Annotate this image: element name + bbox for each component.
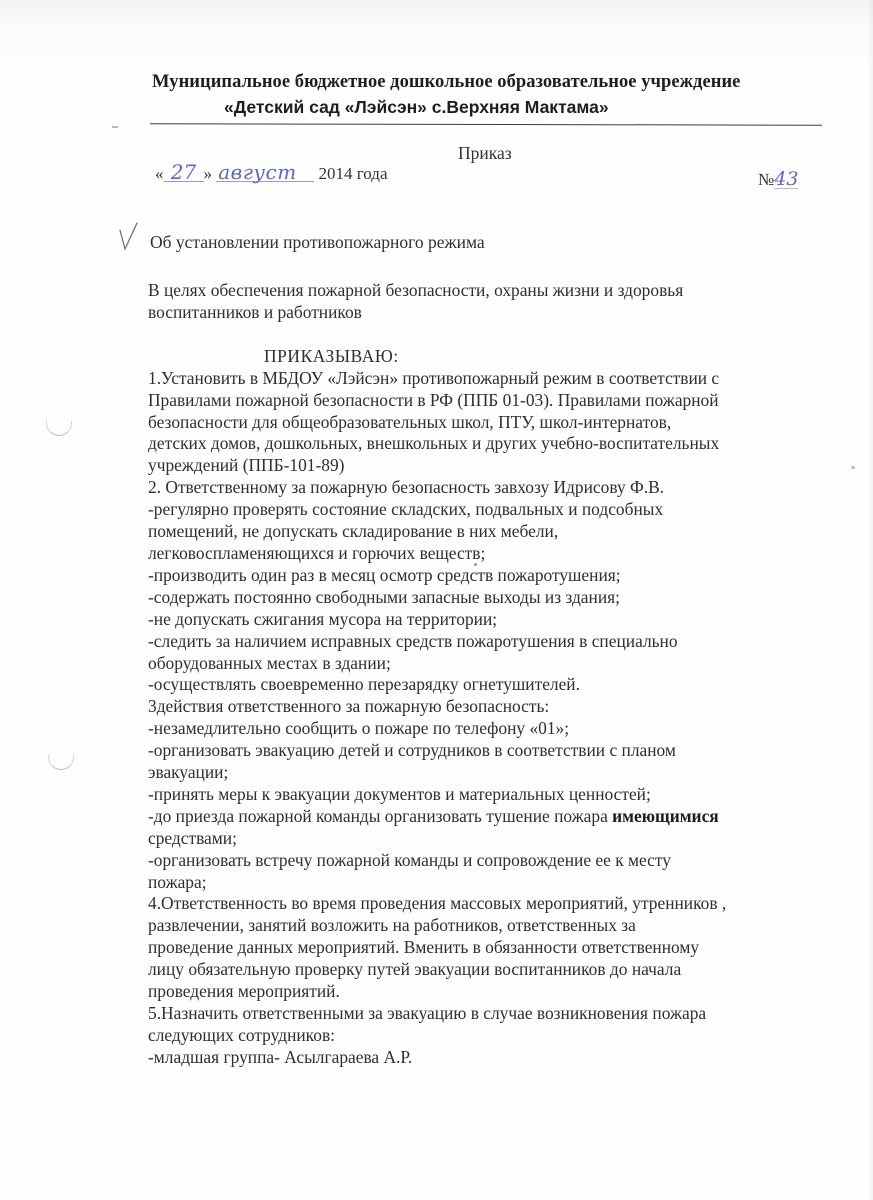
date-year: 2014 года	[319, 164, 388, 183]
text-line: В целях обеспечения пожарной безопасност…	[148, 280, 838, 302]
purpose-statement: В целях обеспечения пожарной безопасност…	[148, 280, 838, 324]
scan-edge-shadow	[867, 0, 873, 1200]
checkmark-icon	[118, 222, 140, 252]
order-title: Приказ	[458, 143, 512, 164]
paragraph-2: 2. Ответственному за пожарную безопаснос…	[148, 477, 838, 696]
date-close-quote: »	[204, 164, 213, 183]
paragraph-3: 3действия ответственного за пожарную без…	[148, 696, 838, 893]
text-line: детских домов, дошкольных, внешкольных и…	[148, 433, 838, 455]
list-item: -до приезда пожарной команды организоват…	[148, 806, 838, 828]
text-line: проведения мероприятий.	[148, 981, 838, 1003]
institution-name-line1: Муниципальное бюджетное дошкольное образ…	[152, 72, 740, 93]
text-line: проведение данных мероприятий. Вменить в…	[148, 937, 838, 959]
list-item: -организовать встречу пожарной команды и…	[148, 850, 838, 872]
paragraph-heading: 3действия ответственного за пожарную без…	[148, 696, 838, 718]
text-line: 4.Ответственность во время проведения ма…	[148, 893, 838, 915]
text-line: воспитанников и работников	[148, 302, 838, 324]
institution-name-line2: «Детский сад «Лэйсэн» с.Верхняя Мактама»	[224, 97, 609, 118]
order-number: №43	[758, 170, 798, 190]
list-item: -производить один раз в месяц осмотр сре…	[148, 565, 838, 587]
handwritten-day: 27	[164, 163, 204, 182]
handwritten-month: август	[216, 163, 314, 182]
list-item: эвакуации;	[148, 762, 838, 784]
text-line: развлечении, занятий возложить на работн…	[148, 915, 838, 937]
text-line: Правилами пожарной безопасности в РФ (ПП…	[148, 390, 838, 412]
header-divider	[150, 123, 822, 125]
list-item: -следить за наличием исправных средств п…	[148, 631, 838, 653]
paragraph-heading: 2. Ответственному за пожарную безопаснос…	[148, 477, 838, 499]
list-item: помещений, не допускать складирование в …	[148, 521, 838, 543]
emphasized-word: имеющимися	[612, 806, 719, 826]
scan-speck	[851, 466, 855, 469]
list-item: -содержать постоянно свободными запасные…	[148, 587, 838, 609]
paragraph-4: 4.Ответственность во время проведения ма…	[148, 893, 838, 1003]
order-subject: Об установлении противопожарного режима	[150, 232, 485, 253]
list-item: пожара;	[148, 872, 838, 894]
decree-heading: ПРИКАЗЫВАЮ:	[148, 346, 838, 368]
list-item: средствами;	[148, 828, 838, 850]
punch-hole-mark	[48, 755, 74, 770]
punch-hole-mark	[46, 421, 72, 436]
list-item: -незамедлительно сообщить о пожаре по те…	[148, 718, 838, 740]
paragraph-1: 1.Установить в МБДОУ «Лэйсэн» противопож…	[148, 368, 838, 478]
list-item: легковоспламеняющихся и горючих веществ;	[148, 543, 838, 565]
order-date: «27» август 2014 года	[155, 163, 388, 184]
text-line: 1.Установить в МБДОУ «Лэйсэн» противопож…	[148, 368, 838, 390]
text-line: безопасности для общеобразовательных шко…	[148, 412, 838, 434]
text-line: лицу обязательную проверку путей эвакуац…	[148, 959, 838, 981]
scanned-page: Муниципальное бюджетное дошкольное образ…	[0, 0, 873, 1200]
list-item: -принять меры к эвакуации документов и м…	[148, 784, 838, 806]
text-fragment: -до приезда пожарной команды организоват…	[148, 806, 612, 826]
text-line: 5.Назначить ответственными за эвакуацию …	[148, 1003, 838, 1025]
list-item: -осуществлять своевременно перезарядку о…	[148, 674, 838, 696]
text-line: следующих сотрудников:	[148, 1025, 838, 1047]
number-sign: №	[758, 170, 774, 189]
handwritten-number: 43	[774, 170, 798, 189]
list-item: -организовать эвакуацию детей и сотрудни…	[148, 740, 838, 762]
date-open-quote: «	[155, 164, 164, 183]
text-line: учреждений (ППБ-101-89)	[148, 455, 838, 477]
paragraph-5: 5.Назначить ответственными за эвакуацию …	[148, 1003, 838, 1069]
margin-mark	[112, 126, 118, 128]
order-body: В целях обеспечения пожарной безопасност…	[148, 280, 838, 1069]
list-item: -младшая группа- Асылгараева А.Р.	[148, 1047, 838, 1069]
list-item: оборудованных местах в здании;	[148, 653, 838, 675]
list-item: -не допускать сжигания мусора на террито…	[148, 609, 838, 631]
scan-speck	[474, 563, 477, 566]
list-item: -регулярно проверять состояние складских…	[148, 499, 838, 521]
